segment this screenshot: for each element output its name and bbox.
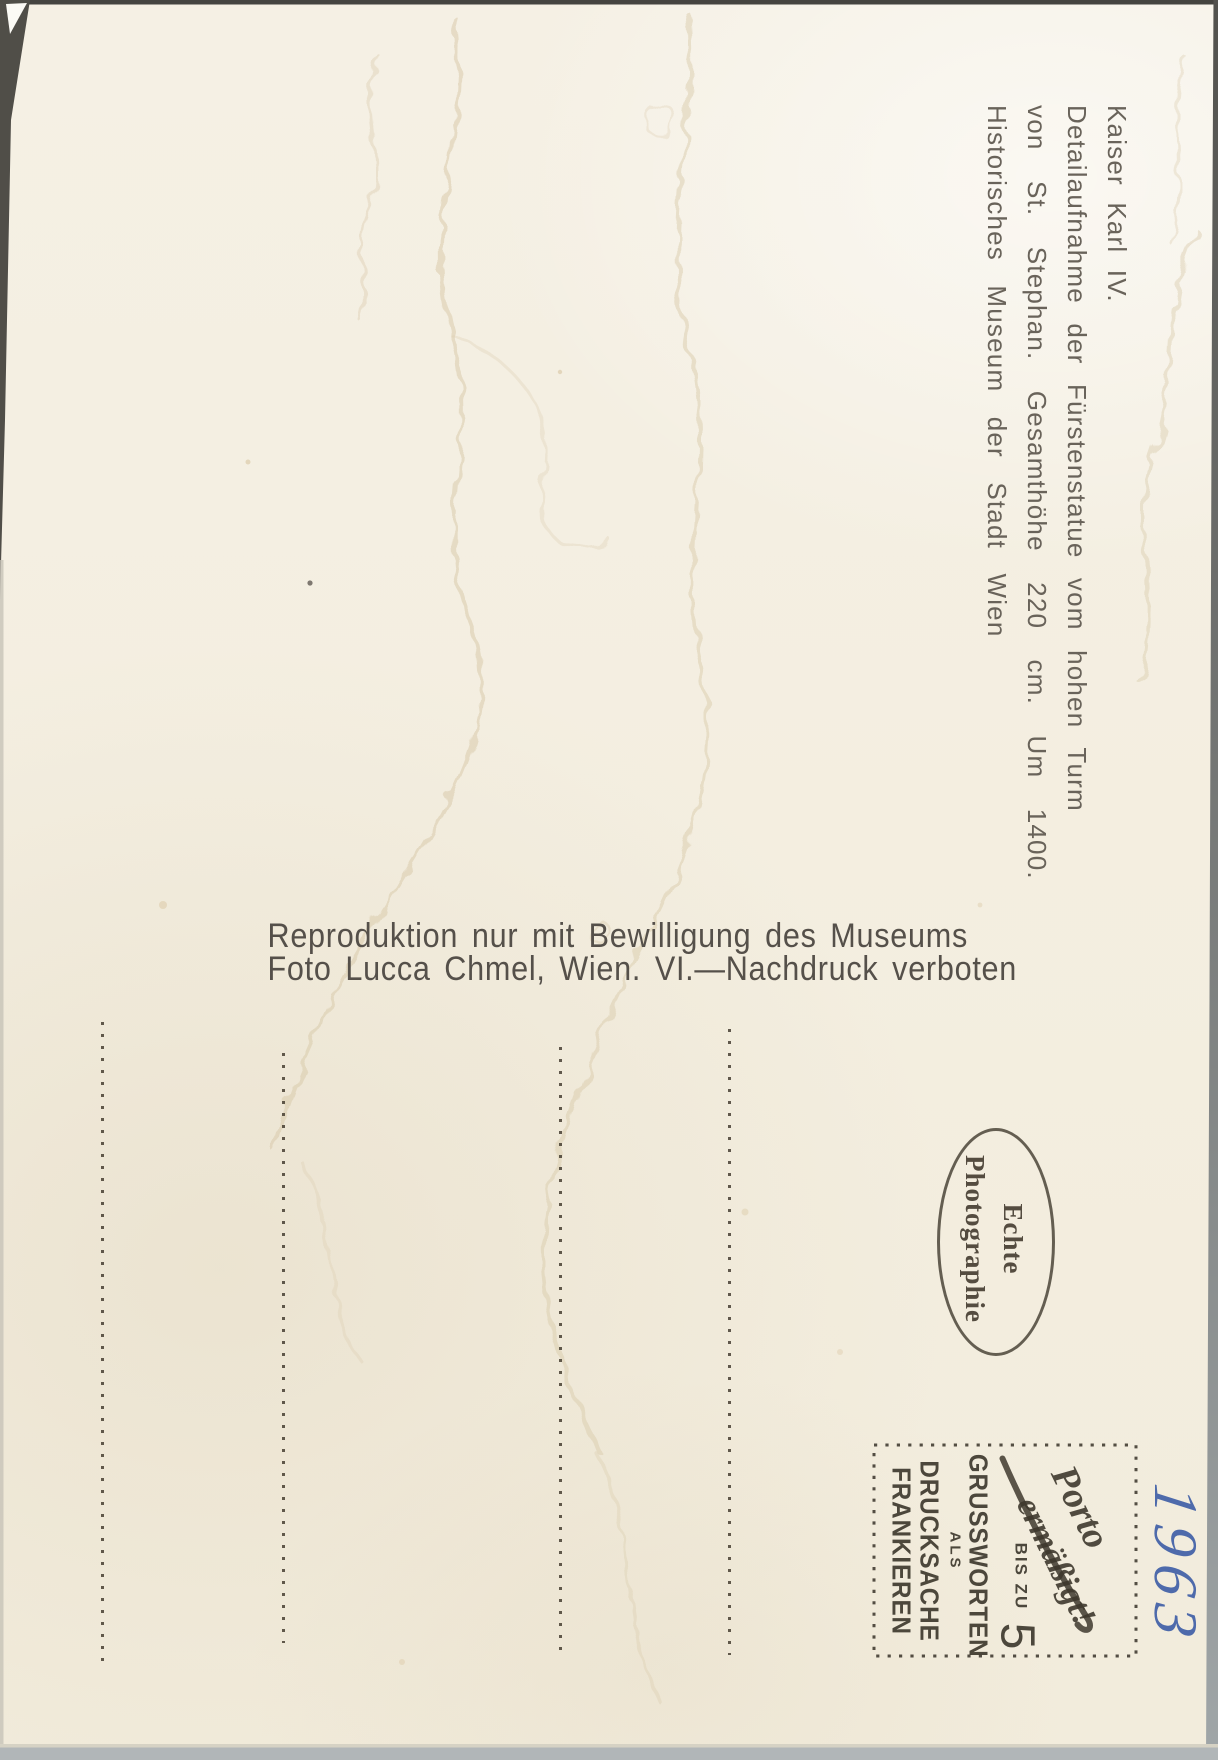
caption-line: Detailaufnahme der Fürstenstatue vom hoh… <box>1057 105 1097 835</box>
big-five: 5 <box>990 1622 1043 1649</box>
credit-block: Reproduktion nur mit Bewilligung des Mus… <box>268 920 907 986</box>
stamp-content: Porto ermäßigt! BIS ZU 5 GRUSSWORTEN ALS… <box>875 1446 1135 1655</box>
authenticity-stamp-line1: Echte <box>994 1139 1032 1339</box>
stamp-row-als: ALS <box>946 1446 963 1655</box>
caption-block: Kaiser Karl IV. Detailaufnahme der Fürst… <box>977 105 1137 835</box>
address-line <box>728 1029 731 1655</box>
caption-line: von St. Stephan. Gesamthöhe 220 cm. Um 1… <box>1017 105 1057 835</box>
card-bottom-shadow <box>0 1744 1218 1748</box>
stamp-row-drucksache: DRUCKSACHE <box>913 1453 944 1647</box>
address-line <box>559 1047 562 1657</box>
address-line <box>282 1053 285 1643</box>
stamp-row-frankieren: FRANKIEREN <box>885 1453 916 1647</box>
credit-line-photographer: Foto Lucca Chmel, Wien. VI.—Nachdruck ve… <box>268 953 907 986</box>
stamp-row-grussworten: GRUSSWORTEN <box>962 1453 993 1647</box>
caption-line: Historisches Museum der Stadt Wien <box>977 105 1017 835</box>
credit-line-permission: Reproduktion nur mit Bewilligung des Mus… <box>268 920 907 953</box>
scan-edge-bottom <box>0 1748 1218 1760</box>
caption-title: Kaiser Karl IV. <box>1097 105 1137 835</box>
authenticity-stamp-line2: Photographie <box>956 1139 994 1339</box>
handwritten-year: 1963 <box>1142 1485 1207 1660</box>
stamp-row-bis-zu-5: BIS ZU 5 <box>996 1446 1035 1655</box>
handwritten-year-ink: 1963 <box>1142 1480 1207 1649</box>
authenticity-stamp-text: Echte Photographie <box>954 1139 1032 1339</box>
authenticity-stamp-oval: Echte Photographie <box>937 1128 1055 1356</box>
scan-edge-left <box>0 560 4 1750</box>
postcard-back-scan: Kaiser Karl IV. Detailaufnahme der Fürst… <box>0 0 1218 1760</box>
address-line <box>101 1022 104 1668</box>
postage-note-stamp: Porto ermäßigt! BIS ZU 5 GRUSSWORTEN ALS… <box>872 1443 1138 1658</box>
scan-edge-top <box>0 0 1218 5</box>
corner-chip <box>6 3 27 34</box>
bis-zu-label: BIS ZU <box>1011 1542 1030 1610</box>
scan-edge-left-wedge <box>0 0 30 600</box>
